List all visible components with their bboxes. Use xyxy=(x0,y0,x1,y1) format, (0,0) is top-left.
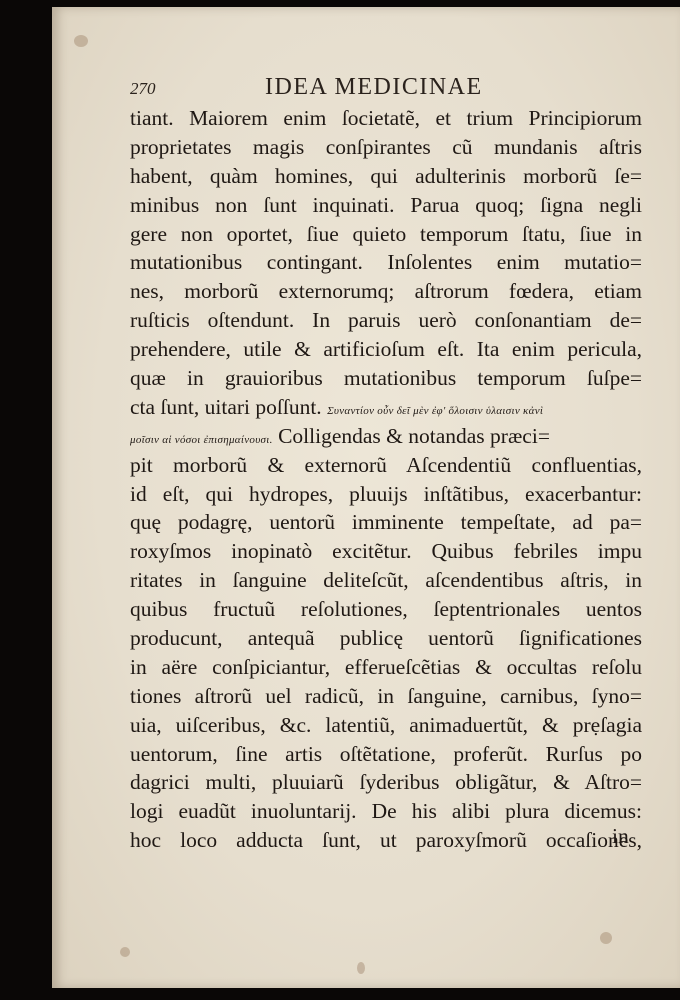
text-segment: cta ſunt, uitari poſſunt. xyxy=(130,395,322,419)
text-line: tiant. Maiorem enim ſocietatẽ, et trium … xyxy=(130,104,642,133)
text-line: in aëre conſpiciantur, efferueſcẽtias & … xyxy=(130,653,642,682)
foxing-stain xyxy=(600,932,612,944)
text-line: prehendere, utile & artificioſum eſt. It… xyxy=(130,335,642,364)
greek-quotation: Συναντίον οὖν δεῖ μὲν ἐφ' ὅλοισιν ὑλαισι… xyxy=(327,405,543,417)
text-line: quæ in grauioribus mutationibus temporum… xyxy=(130,364,642,393)
text-line: nes, morborũ externorumq; aſtrorum fœder… xyxy=(130,277,642,306)
text-line: mutationibus contingant. Inſolentes enim… xyxy=(130,248,642,277)
foxing-stain xyxy=(120,947,130,957)
text-line: roxyſmos inopinatò excitẽtur. Quibus feb… xyxy=(130,537,642,566)
text-line: producunt, antequã publicę uentorũ ſigni… xyxy=(130,624,642,653)
text-line: id eſt, qui hydropes, pluuijs inſtãtibus… xyxy=(130,480,642,509)
running-title: IDEA MEDICINAE xyxy=(265,74,483,101)
text-line: ruſticis oſtendunt. In paruis uerò conſo… xyxy=(130,306,642,335)
text-line-with-greek: μοῖσιν αἱ νόσοι ἐπισημαίνουσι. Colligend… xyxy=(130,422,642,451)
page-number: 270 xyxy=(130,79,156,99)
text-line: proprietates magis conſpirantes cũ munda… xyxy=(130,133,642,162)
text-line: uia, uiſceribus, &c. latentiũ, animaduer… xyxy=(130,711,642,740)
text-line: dagrici multi, pluuiarũ ſyderibus obligã… xyxy=(130,768,642,797)
greek-quotation: μοῖσιν αἱ νόσοι ἐπισημαίνουσι. xyxy=(130,434,273,446)
text-line: ritates in ſanguine deliteſcũt, aſcenden… xyxy=(130,566,642,595)
body-text: tiant. Maiorem enim ſocietatẽ, et trium … xyxy=(130,104,642,855)
catchword: in xyxy=(612,824,629,849)
text-line: quę podagrę, uentorũ imminente tempeſtat… xyxy=(130,508,642,537)
text-line: hoc loco adducta ſunt, ut paroxyſmorũ oc… xyxy=(130,826,642,855)
foxing-stain xyxy=(357,962,365,974)
text-line: minibus non ſunt inquinati. Parua quoq; … xyxy=(130,191,642,220)
text-line: quibus fructuũ reſolutiones, ſeptentrion… xyxy=(130,595,642,624)
text-line: tiones aſtrorũ uel radicũ, in ſanguine, … xyxy=(130,682,642,711)
foxing-stain xyxy=(74,35,88,47)
text-line: gere non oportet, ſiue quieto temporum ſ… xyxy=(130,220,642,249)
text-segment: Colligendas & notandas præci= xyxy=(278,424,550,448)
text-line: uentorum, ſine artis oſtẽtatione, profer… xyxy=(130,740,642,769)
text-line: logi euadũt inuoluntarij. De his alibi p… xyxy=(130,797,642,826)
text-line-with-greek: cta ſunt, uitari poſſunt. Συναντίον οὖν … xyxy=(130,393,642,422)
text-line: habent, quàm homines, qui adulterinis mo… xyxy=(130,162,642,191)
text-line: pit morborũ & externorũ Aſcendentiũ conf… xyxy=(130,451,642,480)
page-header: 270 IDEA MEDICINAE xyxy=(130,74,640,102)
